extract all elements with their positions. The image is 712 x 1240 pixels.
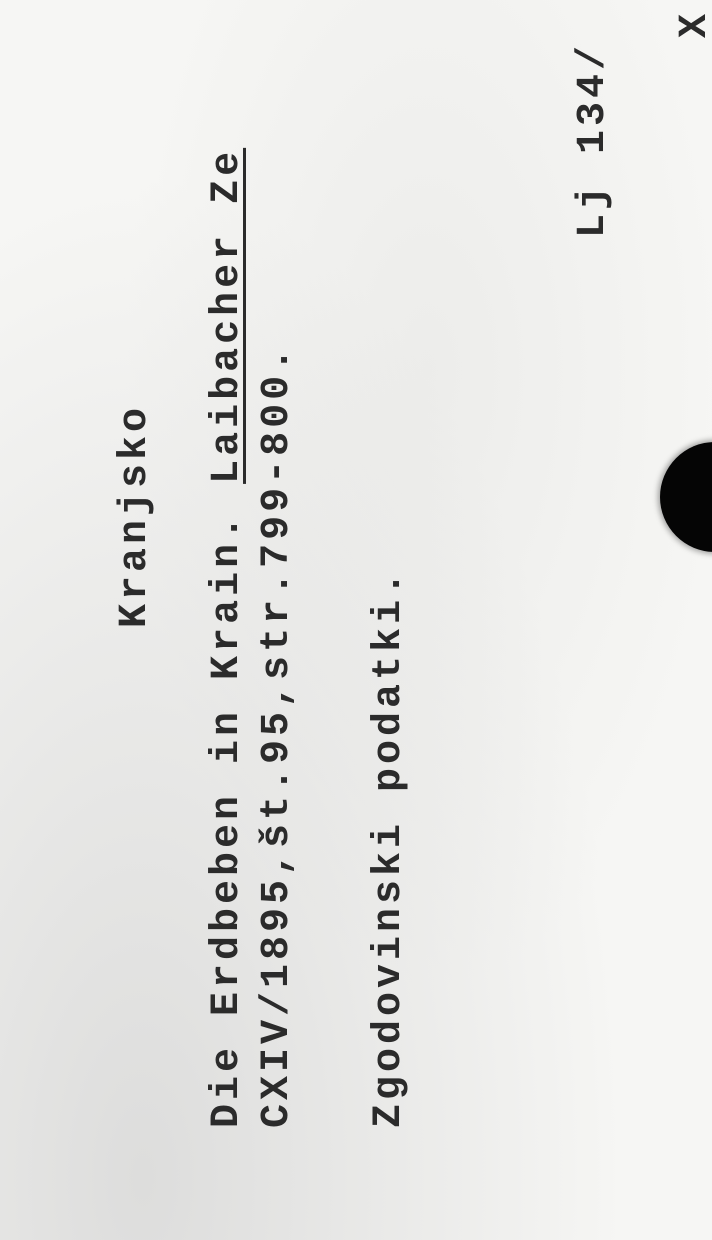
citation-line-1: Die Erdbeben in Krain. Laibacher Ze: [208, 148, 248, 1128]
index-card: X Kranjsko Die Erdbeben in Krain. Laibac…: [0, 0, 712, 1240]
punch-hole-icon: [660, 442, 712, 552]
card-note: Zgodovinski podatki.: [370, 568, 410, 1128]
card-heading: Kranjsko: [116, 404, 156, 628]
reference-number: Lj 134/: [574, 42, 614, 238]
corner-mark: X: [676, 10, 712, 38]
citation-journal-title: Laibacher Ze: [205, 148, 250, 484]
citation-line-2: CXIV/1895,št.95,str.799-800.: [258, 344, 298, 1128]
citation-article-title: Die Erdbeben in Krain.: [205, 484, 250, 1128]
